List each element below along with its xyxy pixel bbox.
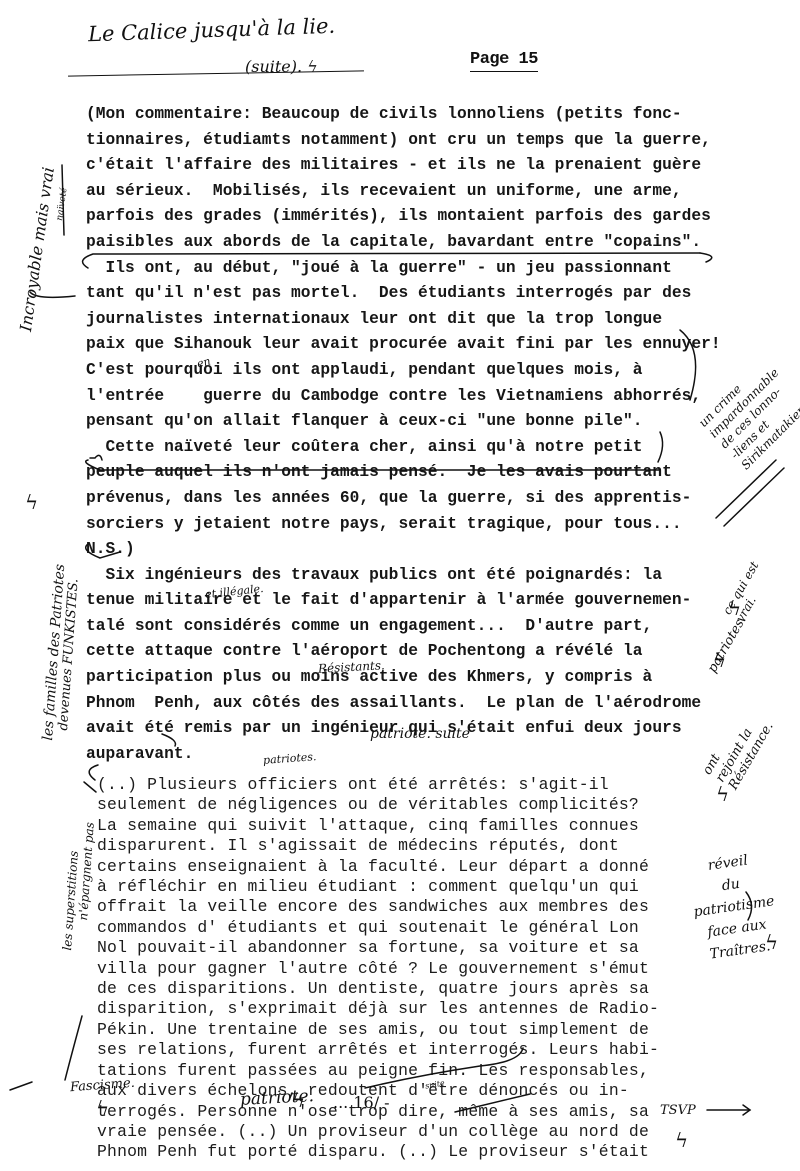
typed-line: de ces disparitions. Un dentiste, quatre…	[97, 979, 659, 999]
typed-line: prévenus, dans les années 60, que la gue…	[86, 486, 721, 512]
typed-line: à réfléchir en milieu étudiant : comment…	[97, 877, 659, 897]
initial-mark: ϟ	[675, 1128, 688, 1152]
page-number: Page 15	[470, 50, 538, 72]
typed-line: tations furent passées au peigne fin. Le…	[97, 1061, 659, 1081]
note-tsvp: TSVP	[660, 1103, 696, 1118]
initial-mark: ϟ	[96, 1096, 109, 1120]
handwritten-title: Le Calice jusqu'à la lie.	[88, 14, 336, 47]
typed-text-block-1: (Mon commentaire: Beaucoup de civils lon…	[86, 102, 721, 767]
insert-patriote-mid: patriote. suite	[370, 726, 470, 742]
typed-line: Nol pouvait-il abandonner sa fortune, sa…	[97, 938, 659, 958]
typed-line: ses relations, furent arrêtés et interro…	[97, 1040, 659, 1060]
handwritten-subtitle: (suite). ϟ	[245, 57, 318, 76]
typed-line: tionnaires, étudiamts notamment) ont cru…	[86, 128, 721, 154]
title-underline	[68, 70, 364, 76]
typed-line: paisibles aux abords de la capitale, bav…	[86, 230, 721, 256]
typed-line: (Mon commentaire: Beaucoup de civils lon…	[86, 102, 721, 128]
typed-line: talé sont considérés comme un engagement…	[86, 614, 721, 640]
typed-line: participation plus ou moins active des K…	[86, 665, 721, 691]
typed-line: Phnom Penh, aux côtés des assaillants. L…	[86, 691, 721, 717]
typed-line: villa pour gagner l'autre côté ? Le gouv…	[97, 959, 659, 979]
subtitle-text: (suite).	[245, 57, 302, 76]
typed-line: Cette naïveté leur coûtera cher, ainsi q…	[86, 435, 721, 461]
typed-line: Phnom Penh fut porté disparu. (..) Le pr…	[97, 1142, 659, 1162]
initial-mark: ϟ	[713, 648, 726, 672]
margin-note-naivete: naïveté	[55, 187, 70, 221]
typed-line: Pékin. Une trentaine de ses amis, ou tou…	[97, 1020, 659, 1040]
typed-line: cette attaque contre l'aéroport de Poche…	[86, 639, 721, 665]
typed-line: C'est pourquoi ils ont applaudi, pendant…	[86, 358, 721, 384]
typed-line: c'était l'affaire des militaires - et il…	[86, 153, 721, 179]
margin-note-epargnent: n'épargnent pas	[76, 822, 97, 921]
typed-line: certains enseignaient à la faculté. Leur…	[97, 857, 659, 877]
initial-mark: ϟ	[25, 490, 38, 514]
typed-line: N.S.)	[86, 537, 721, 563]
typed-line: journalistes internationaux leur ont dit…	[86, 307, 721, 333]
initial-mark: ϟ	[307, 57, 318, 76]
typed-line: commandos d' étudiants et qui soutenait …	[97, 918, 659, 938]
margin-note-incroyable: Incroyable mais vrai	[16, 166, 58, 333]
initial-mark: ϟ	[292, 1088, 305, 1112]
typed-line: auparavant.	[86, 742, 721, 768]
typed-line: tant qu'il n'est pas mortel. Des étudian…	[86, 281, 721, 307]
typed-line: disparurent. Il s'agissait de médecins r…	[97, 836, 659, 856]
continuation-marker: ... 16/ -	[333, 1093, 390, 1112]
typed-line: Ils ont, au début, "joué à la guerre" - …	[86, 256, 721, 282]
initial-mark: ϟ	[716, 782, 729, 806]
typed-line: tenue militaire et le fait d'appartenir …	[86, 588, 721, 614]
typed-line: parfois des grades (immérités), ils mont…	[86, 204, 721, 230]
typed-line: sorciers y jetaient notre pays, serait t…	[86, 512, 721, 538]
typed-line: peuple auquel ils n'ont jamais pensé. Je…	[86, 460, 721, 486]
typed-line: (..) Plusieurs officiers ont été arrêtés…	[97, 775, 659, 795]
typed-line: Six ingénieurs des travaux publics ont é…	[86, 563, 721, 589]
initial-mark: ϟ	[765, 930, 778, 954]
typed-line: seulement de négligences ou de véritable…	[97, 795, 659, 815]
typed-line: pensant qu'on allait flanquer à ceux-ci …	[86, 409, 721, 435]
typed-line: offrait la veille encore des sandwiches …	[97, 897, 659, 917]
typed-line: vraie pensée. (..) Un proviseur d'un col…	[97, 1122, 659, 1142]
typed-line: disparition, s'exprimait déjà sur les an…	[97, 999, 659, 1019]
typed-line: paix que Sihanouk leur avait procurée av…	[86, 332, 721, 358]
typed-line: au sérieux. Mobilisés, ils recevaient un…	[86, 179, 721, 205]
typed-line: l'entrée guerre du Cambodge contre les V…	[86, 384, 721, 410]
initial-mark: ϟ	[728, 596, 741, 620]
typed-line: La semaine qui suivit l'attaque, cinq fa…	[97, 816, 659, 836]
